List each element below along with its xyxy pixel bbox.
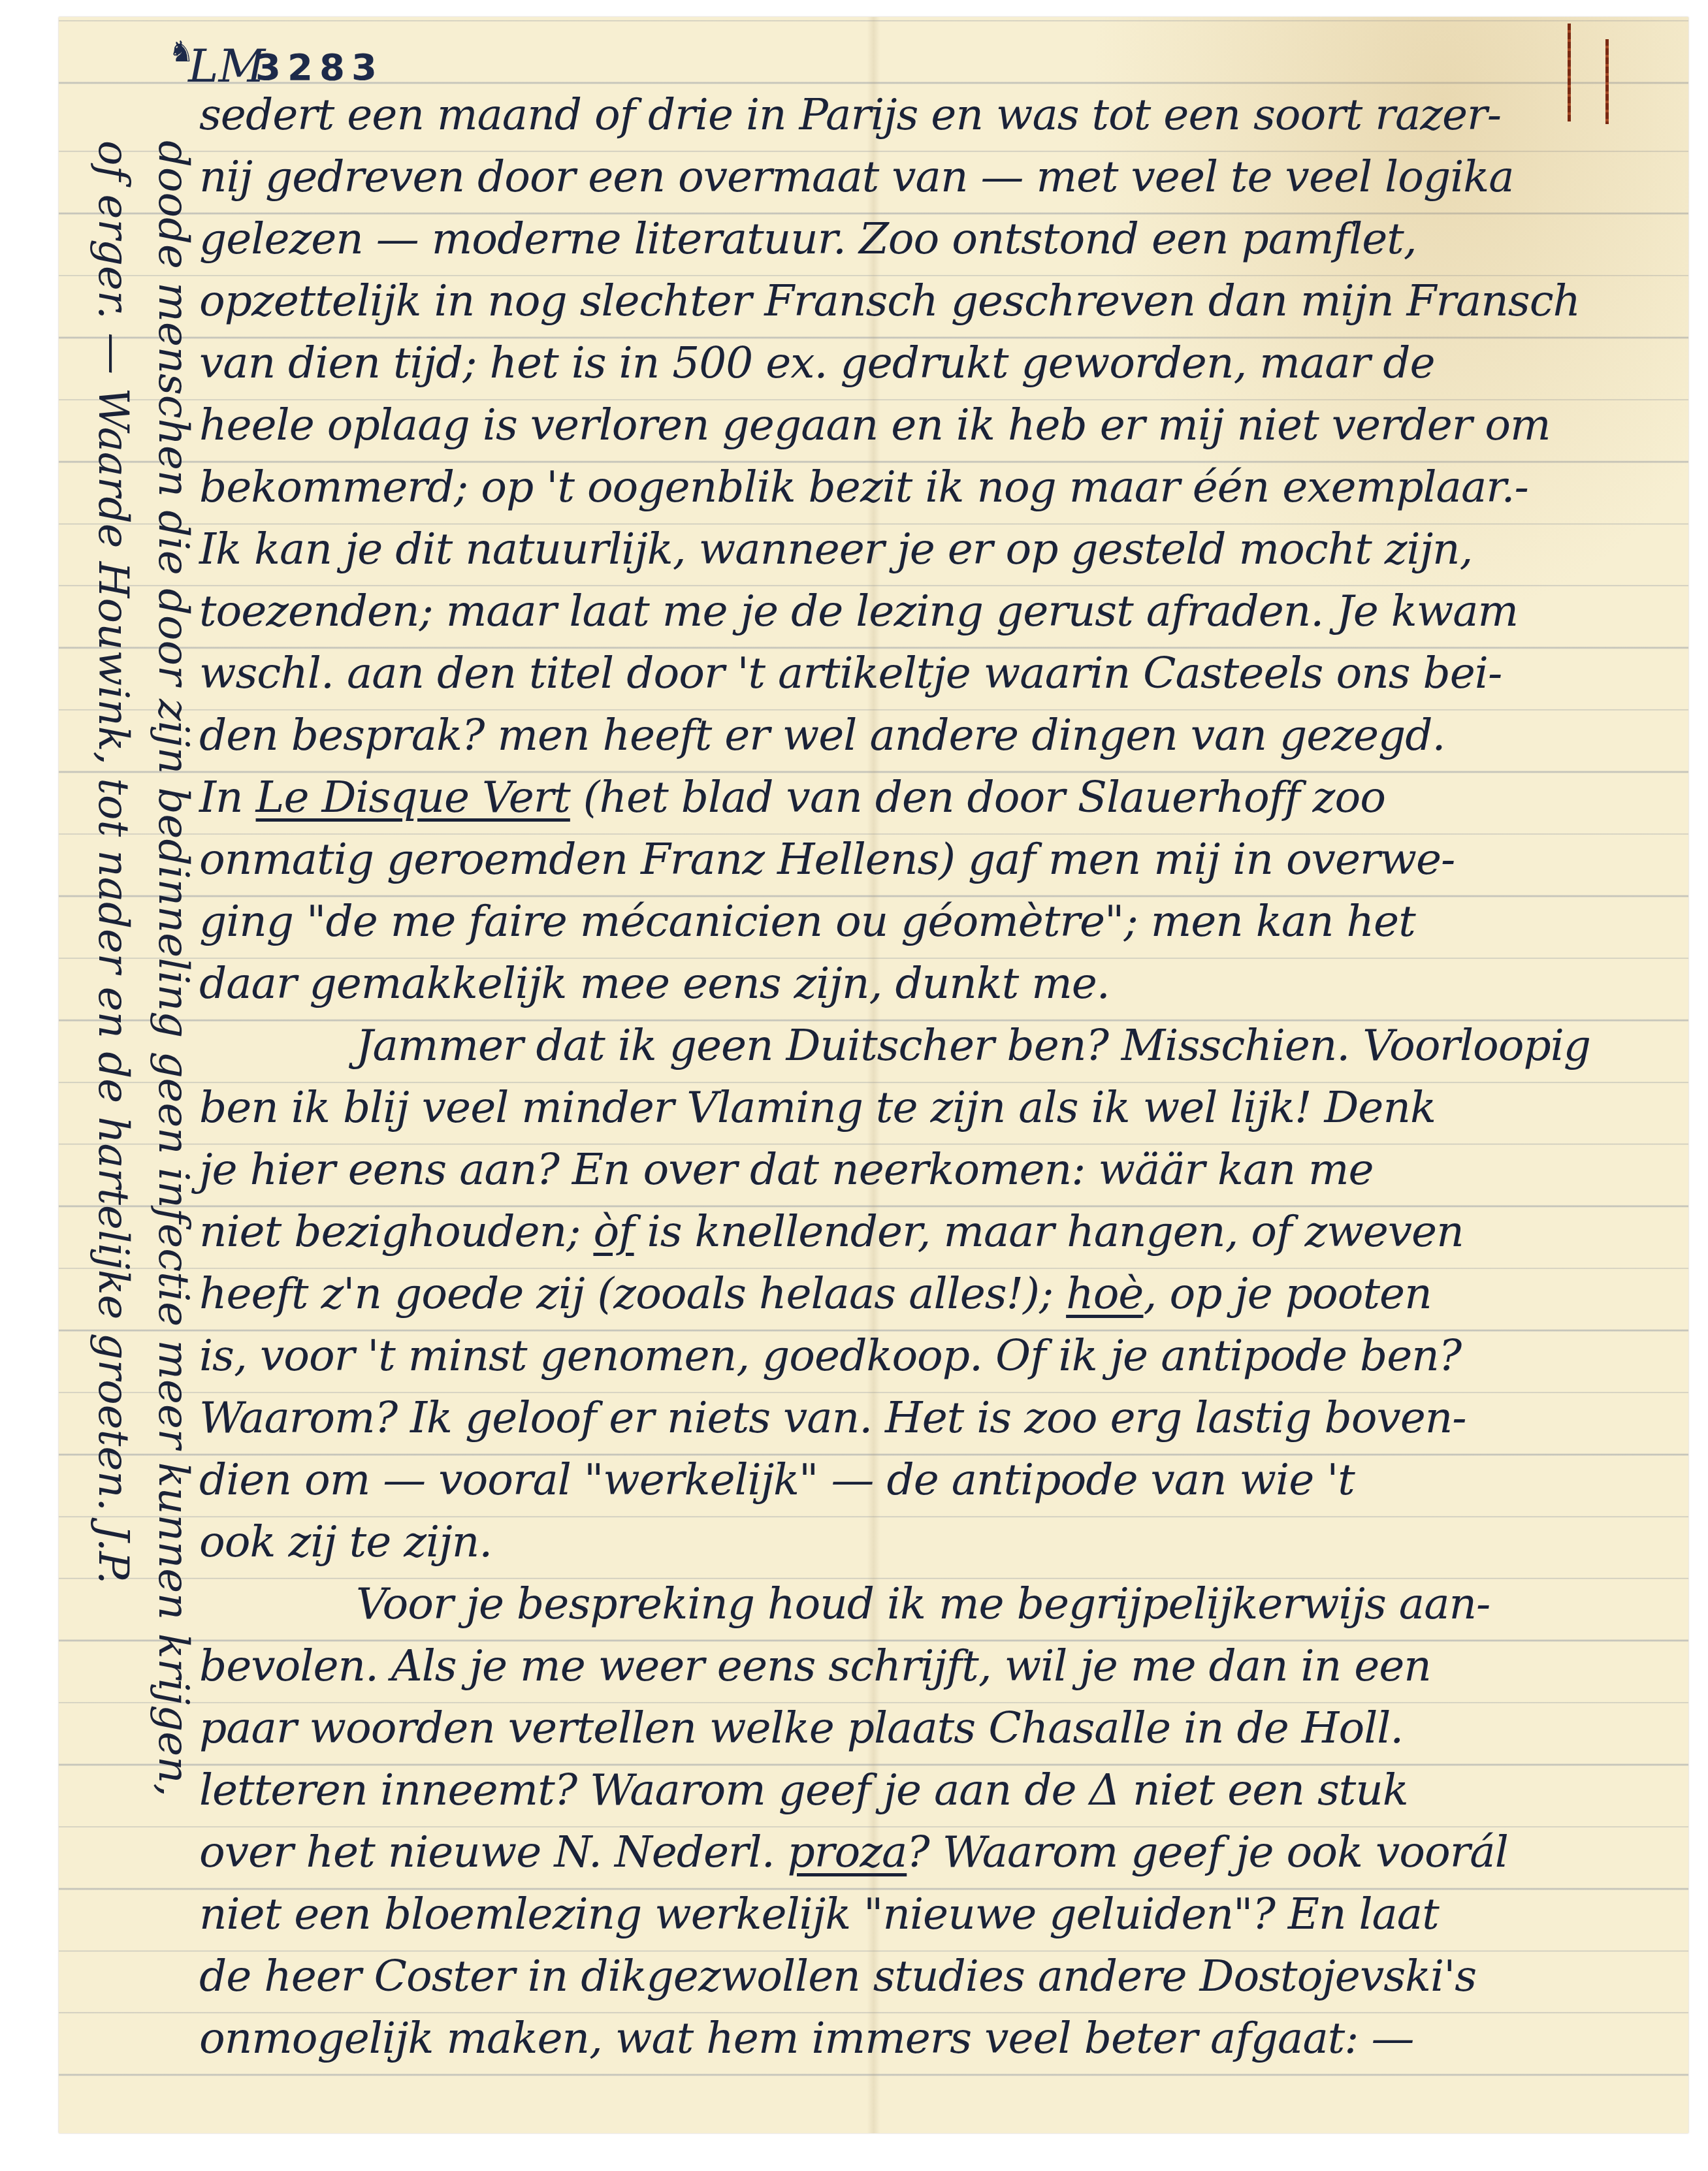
letter-line: onmatig geroemden Franz Hellens) gaf men… (199, 828, 1675, 890)
letter-line: heeft z'n goede zij (zooals helaas alles… (199, 1262, 1675, 1325)
letter-line: Ik kan je dit natuurlijk, wanneer je er … (199, 518, 1675, 580)
letter-line: Waarom? Ik geloof er niets van. Het is z… (199, 1387, 1675, 1449)
letter-line: niet een bloemlezing werkelijk "nieuwe g… (199, 1883, 1675, 1945)
line-text: ? Waarom geef je ook voorál (907, 1827, 1508, 1877)
archive-logo-letters: LM (188, 43, 265, 89)
letter-line: letteren inneemt? Waarom geef je aan de … (199, 1759, 1675, 1821)
underlined-text: hoè (1066, 1268, 1143, 1319)
margin-note-line-1: doode menschen die door zijn bedinneling… (149, 140, 197, 1797)
archive-number: 3283 (255, 46, 383, 89)
letter-line: bekommerd; op 't oogenblik bezit ik nog … (199, 456, 1675, 518)
letter-line: In Le Disque Vert (het blad van den door… (199, 766, 1675, 828)
letter-line: Voor je bespreking houd ik me begrijpeli… (199, 1573, 1675, 1635)
letter-line: paar woorden vertellen welke plaats Chas… (199, 1697, 1675, 1759)
letter-line: is, voor 't minst genomen, goedkoop. Of … (199, 1325, 1675, 1387)
letter-line: heele oplaag is verloren gegaan en ik he… (199, 394, 1675, 456)
letter-line: de heer Coster in dikgezwollen studies a… (199, 1945, 1675, 2007)
letter-line: nij gedreven door een overmaat van — met… (199, 146, 1675, 208)
letter-line: wschl. aan den titel door 't artikeltje … (199, 642, 1675, 704)
line-text: over het nieuwe N. Nederl. (199, 1827, 788, 1877)
letter-line: ook zij te zijn. (199, 1511, 1675, 1573)
letter-line: Jammer dat ik geen Duitscher ben? Missch… (199, 1014, 1675, 1076)
letter-line: bevolen. Als je me weer eens schrijft, w… (199, 1635, 1675, 1697)
letter-line: onmogelijk maken, wat hem immers veel be… (199, 2007, 1675, 2069)
letter-line: je hier eens aan? En over dat neerkomen:… (199, 1138, 1675, 1200)
letter-line: dien om — vooral "werkelijk" — de antipo… (199, 1449, 1675, 1511)
line-text: (het blad van den door Slauerhoff zoo (570, 772, 1385, 822)
line-text: , op je pooten (1143, 1268, 1431, 1319)
underlined-text: proza (788, 1827, 907, 1877)
letter-line: opzettelijk in nog slechter Fransch gesc… (199, 270, 1675, 332)
letter-line: over het nieuwe N. Nederl. proza? Waarom… (199, 1821, 1675, 1883)
letter-line: niet bezighouden; òf is knellender, maar… (199, 1200, 1675, 1262)
letter-line: gelezen — moderne literatuur. Zoo ontsto… (199, 208, 1675, 270)
line-text: In (199, 772, 256, 822)
letter-line: daar gemakkelijk mee eens zijn, dunkt me… (199, 952, 1675, 1014)
letter-line: van dien tijd; het is in 500 ex. gedrukt… (199, 332, 1675, 394)
letter-line: toezenden; maar laat me je de lezing ger… (199, 580, 1675, 642)
margin-note-line-2: of erger. — Waarde Houwink, tot nader en… (89, 140, 137, 1584)
letter-line: den besprak? men heeft er wel andere din… (199, 704, 1675, 766)
letter-line: ben ik blij veel minder Vlaming te zijn … (199, 1076, 1675, 1138)
line-text: is knellender, maar hangen, of zweven (634, 1206, 1464, 1257)
letter-body: sedert een maand of drie in Parijs en wa… (199, 84, 1675, 2069)
letter-line: ging "de me faire mécanicien ou géomètre… (199, 890, 1675, 952)
line-text: niet bezighouden; (199, 1206, 593, 1257)
line-text: heeft z'n goede zij (zooals helaas alles… (199, 1268, 1066, 1319)
underlined-text: Le Disque Vert (256, 772, 570, 822)
underlined-text: òf (593, 1206, 634, 1257)
letter-line: sedert een maand of drie in Parijs en wa… (199, 84, 1675, 146)
